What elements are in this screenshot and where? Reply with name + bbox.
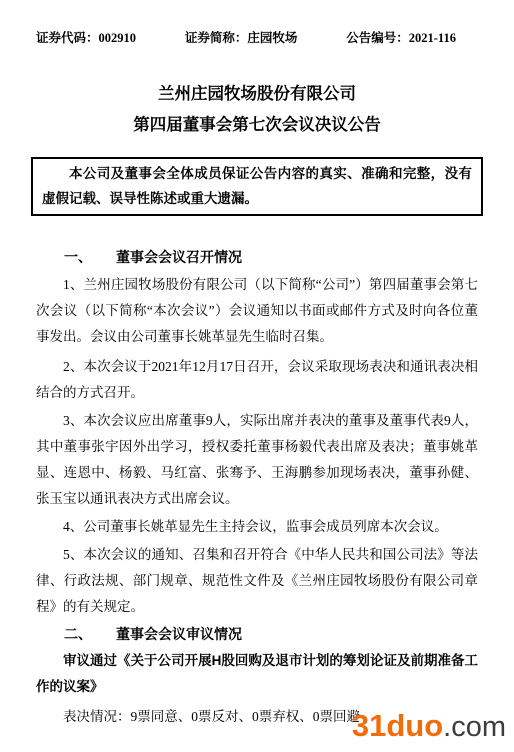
section2-heading-text: 董事会会议审议情况 — [116, 626, 242, 642]
document-title: 兰州庄园牧场股份有限公司 第四届董事会第七次会议决议公告 — [36, 79, 478, 141]
document-header: 证券代码：002910 证券简称：庄园牧场 公告编号：2021-116 — [36, 28, 478, 46]
document-title-line2: 第四届董事会第七次会议决议公告 — [36, 110, 478, 141]
announcement-number-label: 公告编号： — [346, 31, 409, 45]
section1-paragraph-1: 1、兰州庄园牧场股份有限公司（以下简称“公司”）第四届董事会第七次会议（以下简称… — [36, 272, 478, 350]
section2-heading: 二、董事会会议审议情况 — [36, 621, 478, 647]
section1-paragraph-4: 4、公司董事长姚革显先生主持会议，监事会成员列席本次会议。 — [36, 514, 478, 540]
disclaimer-text: 本公司及董事会全体成员保证公告内容的真实、准确和完整，没有虚假记载、误导性陈述或… — [42, 161, 472, 211]
section1-paragraph-3: 3、本次会议应出席董事9人，实际出席并表决的董事及董事代表9人，其中董事张宇因外… — [36, 408, 478, 512]
section1-number: 一、 — [64, 244, 92, 270]
stock-code: 证券代码：002910 — [36, 28, 136, 46]
announcement-page: 证券代码：002910 证券简称：庄园牧场 公告编号：2021-116 兰州庄园… — [0, 0, 514, 752]
watermark-brand: 31duo — [352, 708, 443, 743]
motion-approved-text: 审议通过《关于公司开展H股回购及退市计划的筹划论证及前期准备工作的议案》 — [36, 648, 478, 700]
document-title-line1: 兰州庄园牧场股份有限公司 — [36, 79, 478, 110]
stock-name: 证券简称：庄园牧场 — [185, 28, 298, 46]
disclaimer-box: 本公司及董事会全体成员保证公告内容的真实、准确和完整，没有虚假记载、误导性陈述或… — [31, 157, 483, 216]
watermark: 31duo.com — [352, 704, 506, 752]
stock-code-label: 证券代码： — [36, 31, 99, 45]
section1-heading: 一、董事会会议召开情况 — [36, 244, 478, 270]
stock-name-label: 证券简称： — [185, 31, 248, 45]
section1-paragraph-5: 5、本次会议的通知、召集和召开符合《中华人民共和国公司法》等法律、行政法规、部门… — [36, 542, 478, 620]
stock-name-value: 庄园牧场 — [247, 31, 297, 45]
section2-number: 二、 — [64, 621, 92, 647]
watermark-suffix: .com — [443, 711, 506, 743]
section1-paragraph-2: 2、本次会议于2021年12月17日召开，会议采取现场表决和通讯表决相结合的方式… — [36, 354, 478, 406]
stock-code-value: 002910 — [99, 31, 137, 45]
announcement-number-value: 2021-116 — [409, 31, 456, 45]
section1-heading-text: 董事会会议召开情况 — [116, 249, 242, 265]
announcement-number: 公告编号：2021-116 — [346, 28, 456, 46]
